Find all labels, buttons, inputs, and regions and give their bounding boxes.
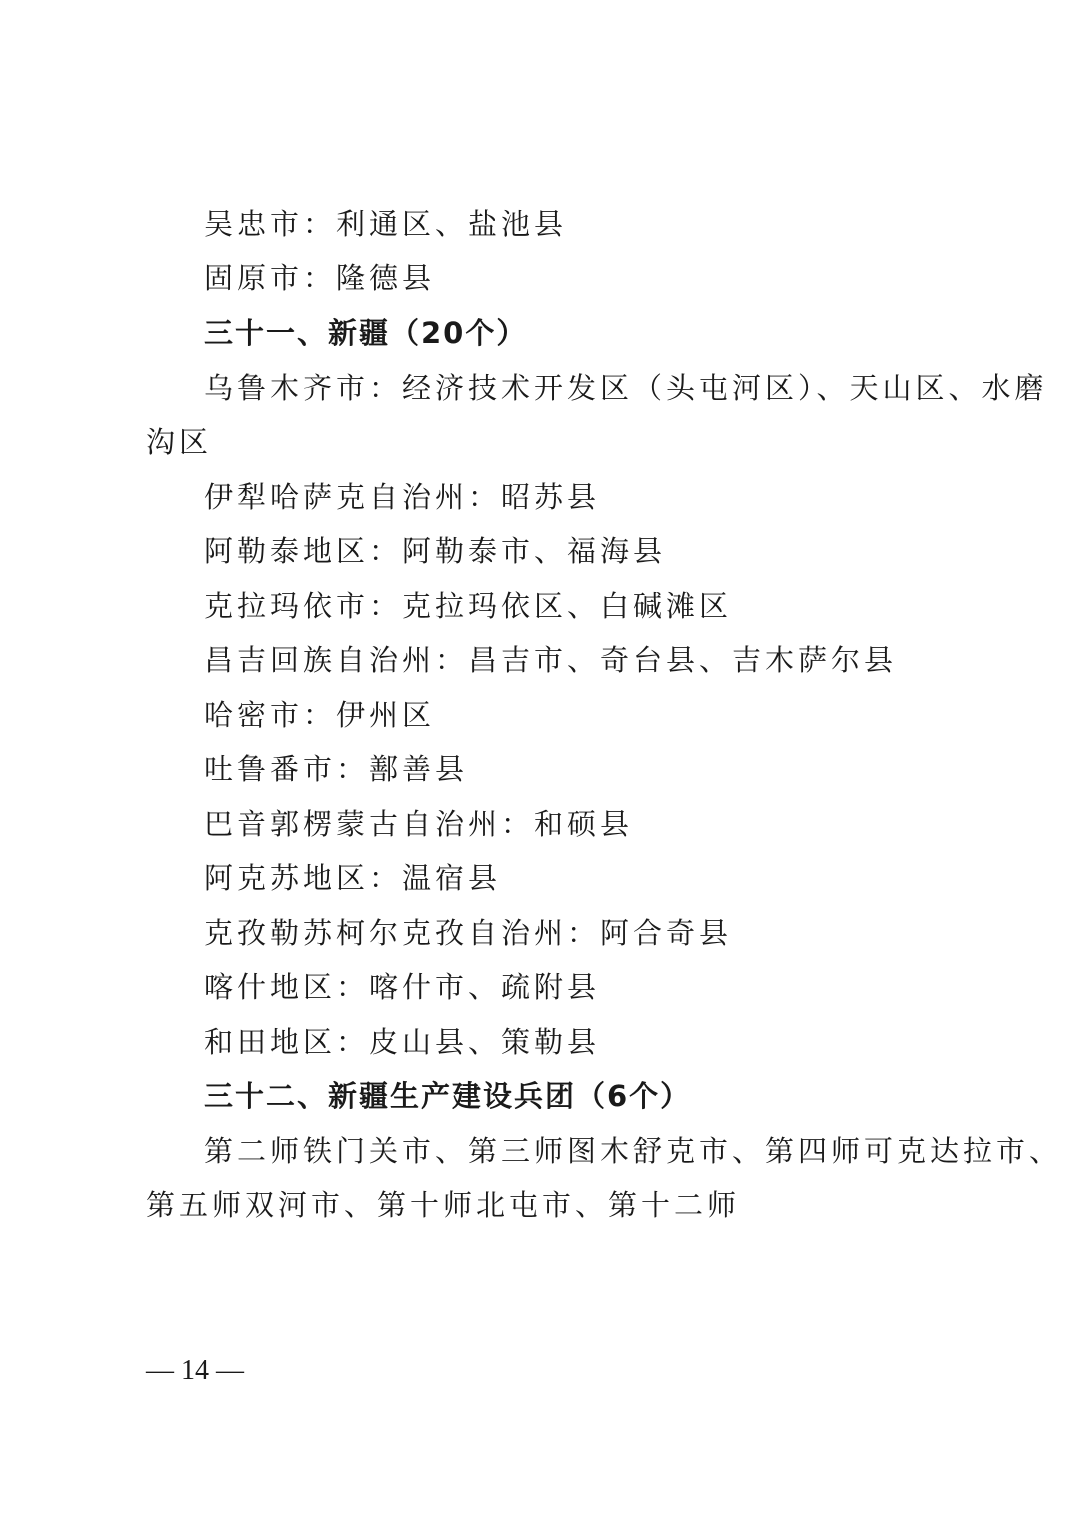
entry-wuzhong: 吴忠市：利通区、盐池县 bbox=[204, 204, 567, 244]
entry-altay: 阿勒泰地区：阿勒泰市、福海县 bbox=[204, 531, 666, 571]
entry-hami: 哈密市：伊州区 bbox=[204, 695, 435, 735]
entry-karamay: 克拉玛依市：克拉玛依区、白碱滩区 bbox=[204, 586, 732, 626]
entry-kizilsu: 克孜勒苏柯尔克孜自治州：阿合奇县 bbox=[204, 913, 732, 953]
entry-aksu: 阿克苏地区：温宿县 bbox=[204, 858, 501, 898]
entry-ili: 伊犁哈萨克自治州：昭苏县 bbox=[204, 477, 600, 517]
entry-urumqi: 乌鲁木齐市：经济技术开发区（头屯河区）、天山区、水磨 bbox=[204, 368, 1048, 408]
entry-guyuan: 固原市：隆德县 bbox=[204, 258, 435, 298]
entry-bayingolin: 巴音郭楞蒙古自治州：和硕县 bbox=[204, 804, 633, 844]
document-page: 吴忠市：利通区、盐池县 固原市：隆德县 三十一、新疆（20个） 乌鲁木齐市：经济… bbox=[0, 0, 1080, 1528]
page-number: — 14 — bbox=[146, 1355, 244, 1387]
entry-hotan: 和田地区：皮山县、策勒县 bbox=[204, 1022, 600, 1062]
section-heading-xinjiang: 三十一、新疆（20个） bbox=[204, 313, 527, 353]
entry-kashgar: 喀什地区：喀什市、疏附县 bbox=[204, 967, 600, 1007]
section-heading-xpcc: 三十二、新疆生产建设兵团（6个） bbox=[204, 1076, 691, 1116]
entry-urumqi-continued: 沟区 bbox=[146, 422, 212, 462]
entry-changji: 昌吉回族自治州：昌吉市、奇台县、吉木萨尔县 bbox=[204, 640, 897, 680]
entry-xpcc-divisions-continued: 第五师双河市、第十师北屯市、第十二师 bbox=[146, 1185, 740, 1225]
entry-xpcc-divisions: 第二师铁门关市、第三师图木舒克市、第四师可克达拉市、 bbox=[204, 1131, 1062, 1171]
entry-turpan: 吐鲁番市：鄯善县 bbox=[204, 749, 468, 789]
